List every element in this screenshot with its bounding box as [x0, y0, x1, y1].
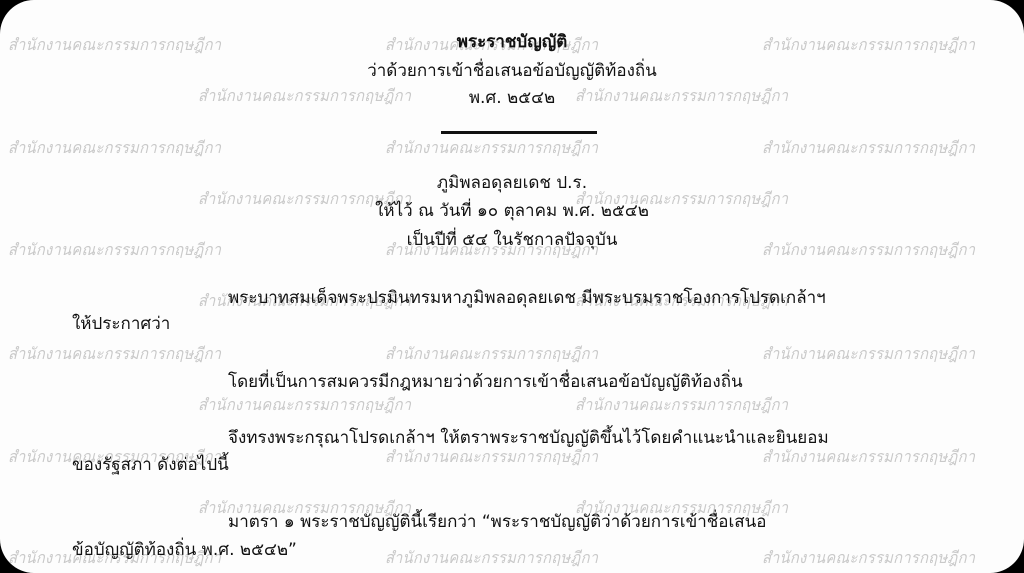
act-year: พ.ศ. ๒๕๔๒: [0, 87, 1024, 109]
section-1-cont: ข้อบัญญัติท้องถิ่น พ.ศ. ๒๕๔๒”: [72, 539, 297, 561]
paragraph-royal-command-cont: ให้ประกาศว่า: [72, 313, 170, 335]
watermark-text: สำนักงานคณะกรรมการกฤษฎีกา: [762, 136, 975, 161]
act-subtitle: ว่าด้วยการเข้าชื่อเสนอข้อบัญญัติท้องถิ่น: [0, 60, 1024, 82]
watermark-text: สำนักงานคณะกรรมการกฤษฎีกา: [385, 546, 598, 571]
watermark-text: สำนักงานคณะกรรมการกฤษฎีกา: [8, 136, 221, 161]
paragraph-enactment-cont: ของรัฐสภา ดังต่อไปนี้: [72, 454, 229, 476]
watermark-text: สำนักงานคณะกรรมการกฤษฎีกา: [385, 136, 598, 161]
watermark-text: สำนักงานคณะกรรมการกฤษฎีกา: [575, 393, 788, 418]
given-date: ให้ไว้ ณ วันที่ ๑๐ ตุลาคม พ.ศ. ๒๕๔๒: [0, 200, 1024, 222]
paragraph-enactment: จึงทรงพระกรุณาโปรดเกล้าฯ ให้ตราพระราชบัญ…: [228, 427, 829, 449]
watermark-text: สำนักงานคณะกรรมการกฤษฎีกา: [762, 546, 975, 571]
act-title: พระราชบัญญัติ: [0, 31, 1024, 53]
document-page: สำนักงานคณะกรรมการกฤษฎีกา สำนักงานคณะกรร…: [0, 0, 1024, 573]
king-signature: ภูมิพลอดุลยเดช ป.ร.: [0, 172, 1024, 194]
paragraph-rationale: โดยที่เป็นการสมควรมีกฎหมายว่าด้วยการเข้า…: [228, 371, 743, 393]
title-divider: [441, 131, 597, 134]
section-1: มาตรา ๑ พระราชบัญญัตินี้เรียกว่า “พระราช…: [228, 511, 767, 533]
paragraph-royal-command: พระบาทสมเด็จพระปรมินทรมหาภูมิพลอดุลยเดช …: [228, 287, 826, 309]
watermark-text: สำนักงานคณะกรรมการกฤษฎีกา: [762, 342, 975, 367]
watermark-text: สำนักงานคณะกรรมการกฤษฎีกา: [385, 342, 598, 367]
watermark-text: สำนักงานคณะกรรมการกฤษฎีกา: [8, 342, 221, 367]
watermark-text: สำนักงานคณะกรรมการกฤษฎีกา: [198, 393, 411, 418]
reign-year: เป็นปีที่ ๕๔ ในรัชกาลปัจจุบัน: [0, 229, 1024, 251]
